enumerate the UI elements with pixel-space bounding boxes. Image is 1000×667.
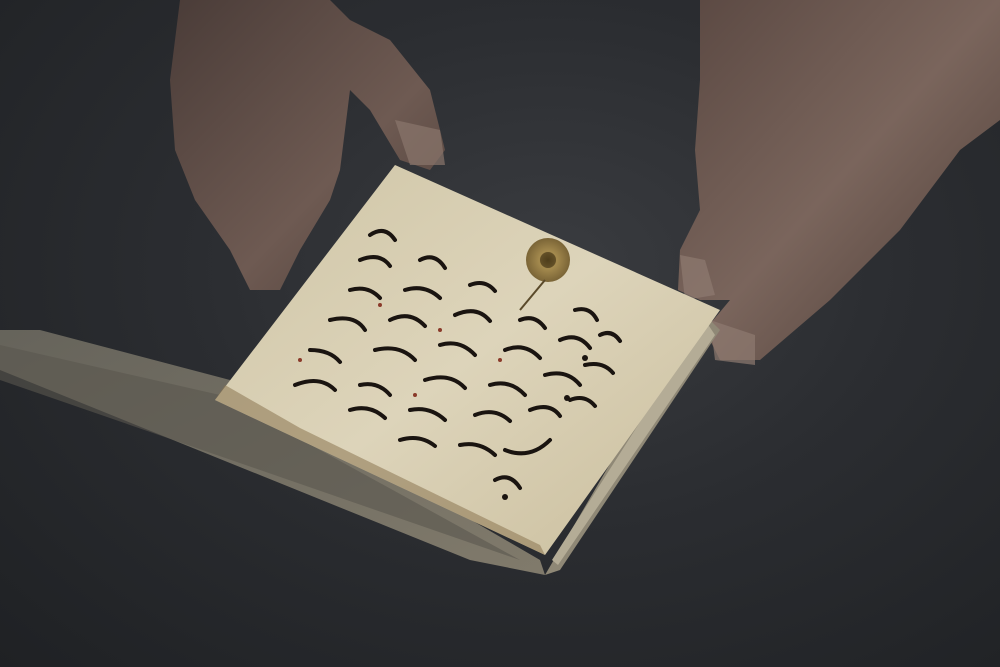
right-hand bbox=[678, 0, 1000, 365]
photo-scene bbox=[0, 0, 1000, 667]
scene-illustration bbox=[0, 0, 1000, 667]
